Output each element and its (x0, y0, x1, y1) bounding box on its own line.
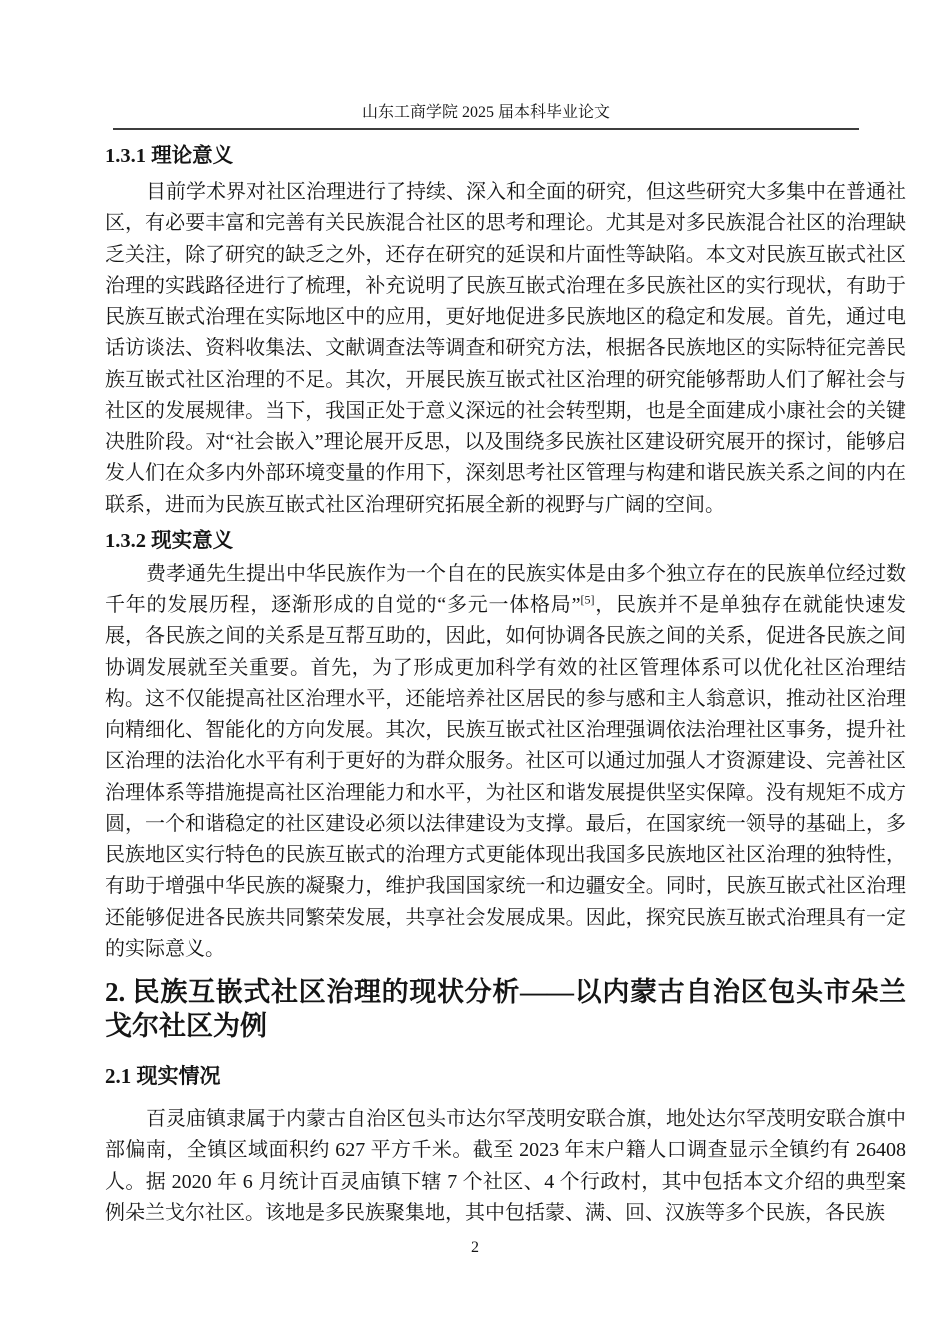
paragraph-current-situation: 百灵庙镇隶属于内蒙古自治区包头市达尔罕茂明安联合旗，地处达尔罕茂明安联合旗中部偏… (105, 1104, 906, 1229)
heading-1-3-2-practical-significance: 1.3.2 现实意义 (105, 528, 906, 555)
citation-ref-5: [5] (580, 592, 594, 606)
heading-1-3-1-theoretical-significance: 1.3.1 理论意义 (105, 143, 906, 170)
page-header: 山东工商学院 2025 届本科毕业论文 (113, 100, 859, 130)
page-body: 1.3.1 理论意义 目前学术界对社区治理进行了持续、深入和全面的研究，但这些研… (105, 141, 906, 1229)
section-2-heading: 2. 民族互嵌式社区治理的现状分析——以内蒙古自治区包头市朵兰戈尔社区为例 (105, 975, 906, 1043)
paragraph-text-after-citation: ，民族并不是单独存在就能快速发展，各民族之间的关系是互帮互助的，因此，如何协调各… (105, 594, 906, 960)
paragraph-theoretical-significance: 目前学术界对社区治理进行了持续、深入和全面的研究，但这些研究大多集中在普通社区，… (105, 177, 906, 521)
running-head-title: 山东工商学院 2025 届本科毕业论文 (362, 104, 610, 121)
document-page: 山东工商学院 2025 届本科毕业论文 1.3.1 理论意义 目前学术界对社区治… (0, 0, 950, 1344)
paragraph-practical-significance: 费孝通先生提出中华民族作为一个自在的民族实体是由多个独立存在的民族单位经过数千年… (105, 559, 906, 965)
heading-2-1-current-situation: 2.1 现实情况 (105, 1062, 906, 1090)
page-number: 2 (471, 1239, 479, 1256)
page-footer: 2 (0, 1237, 950, 1259)
